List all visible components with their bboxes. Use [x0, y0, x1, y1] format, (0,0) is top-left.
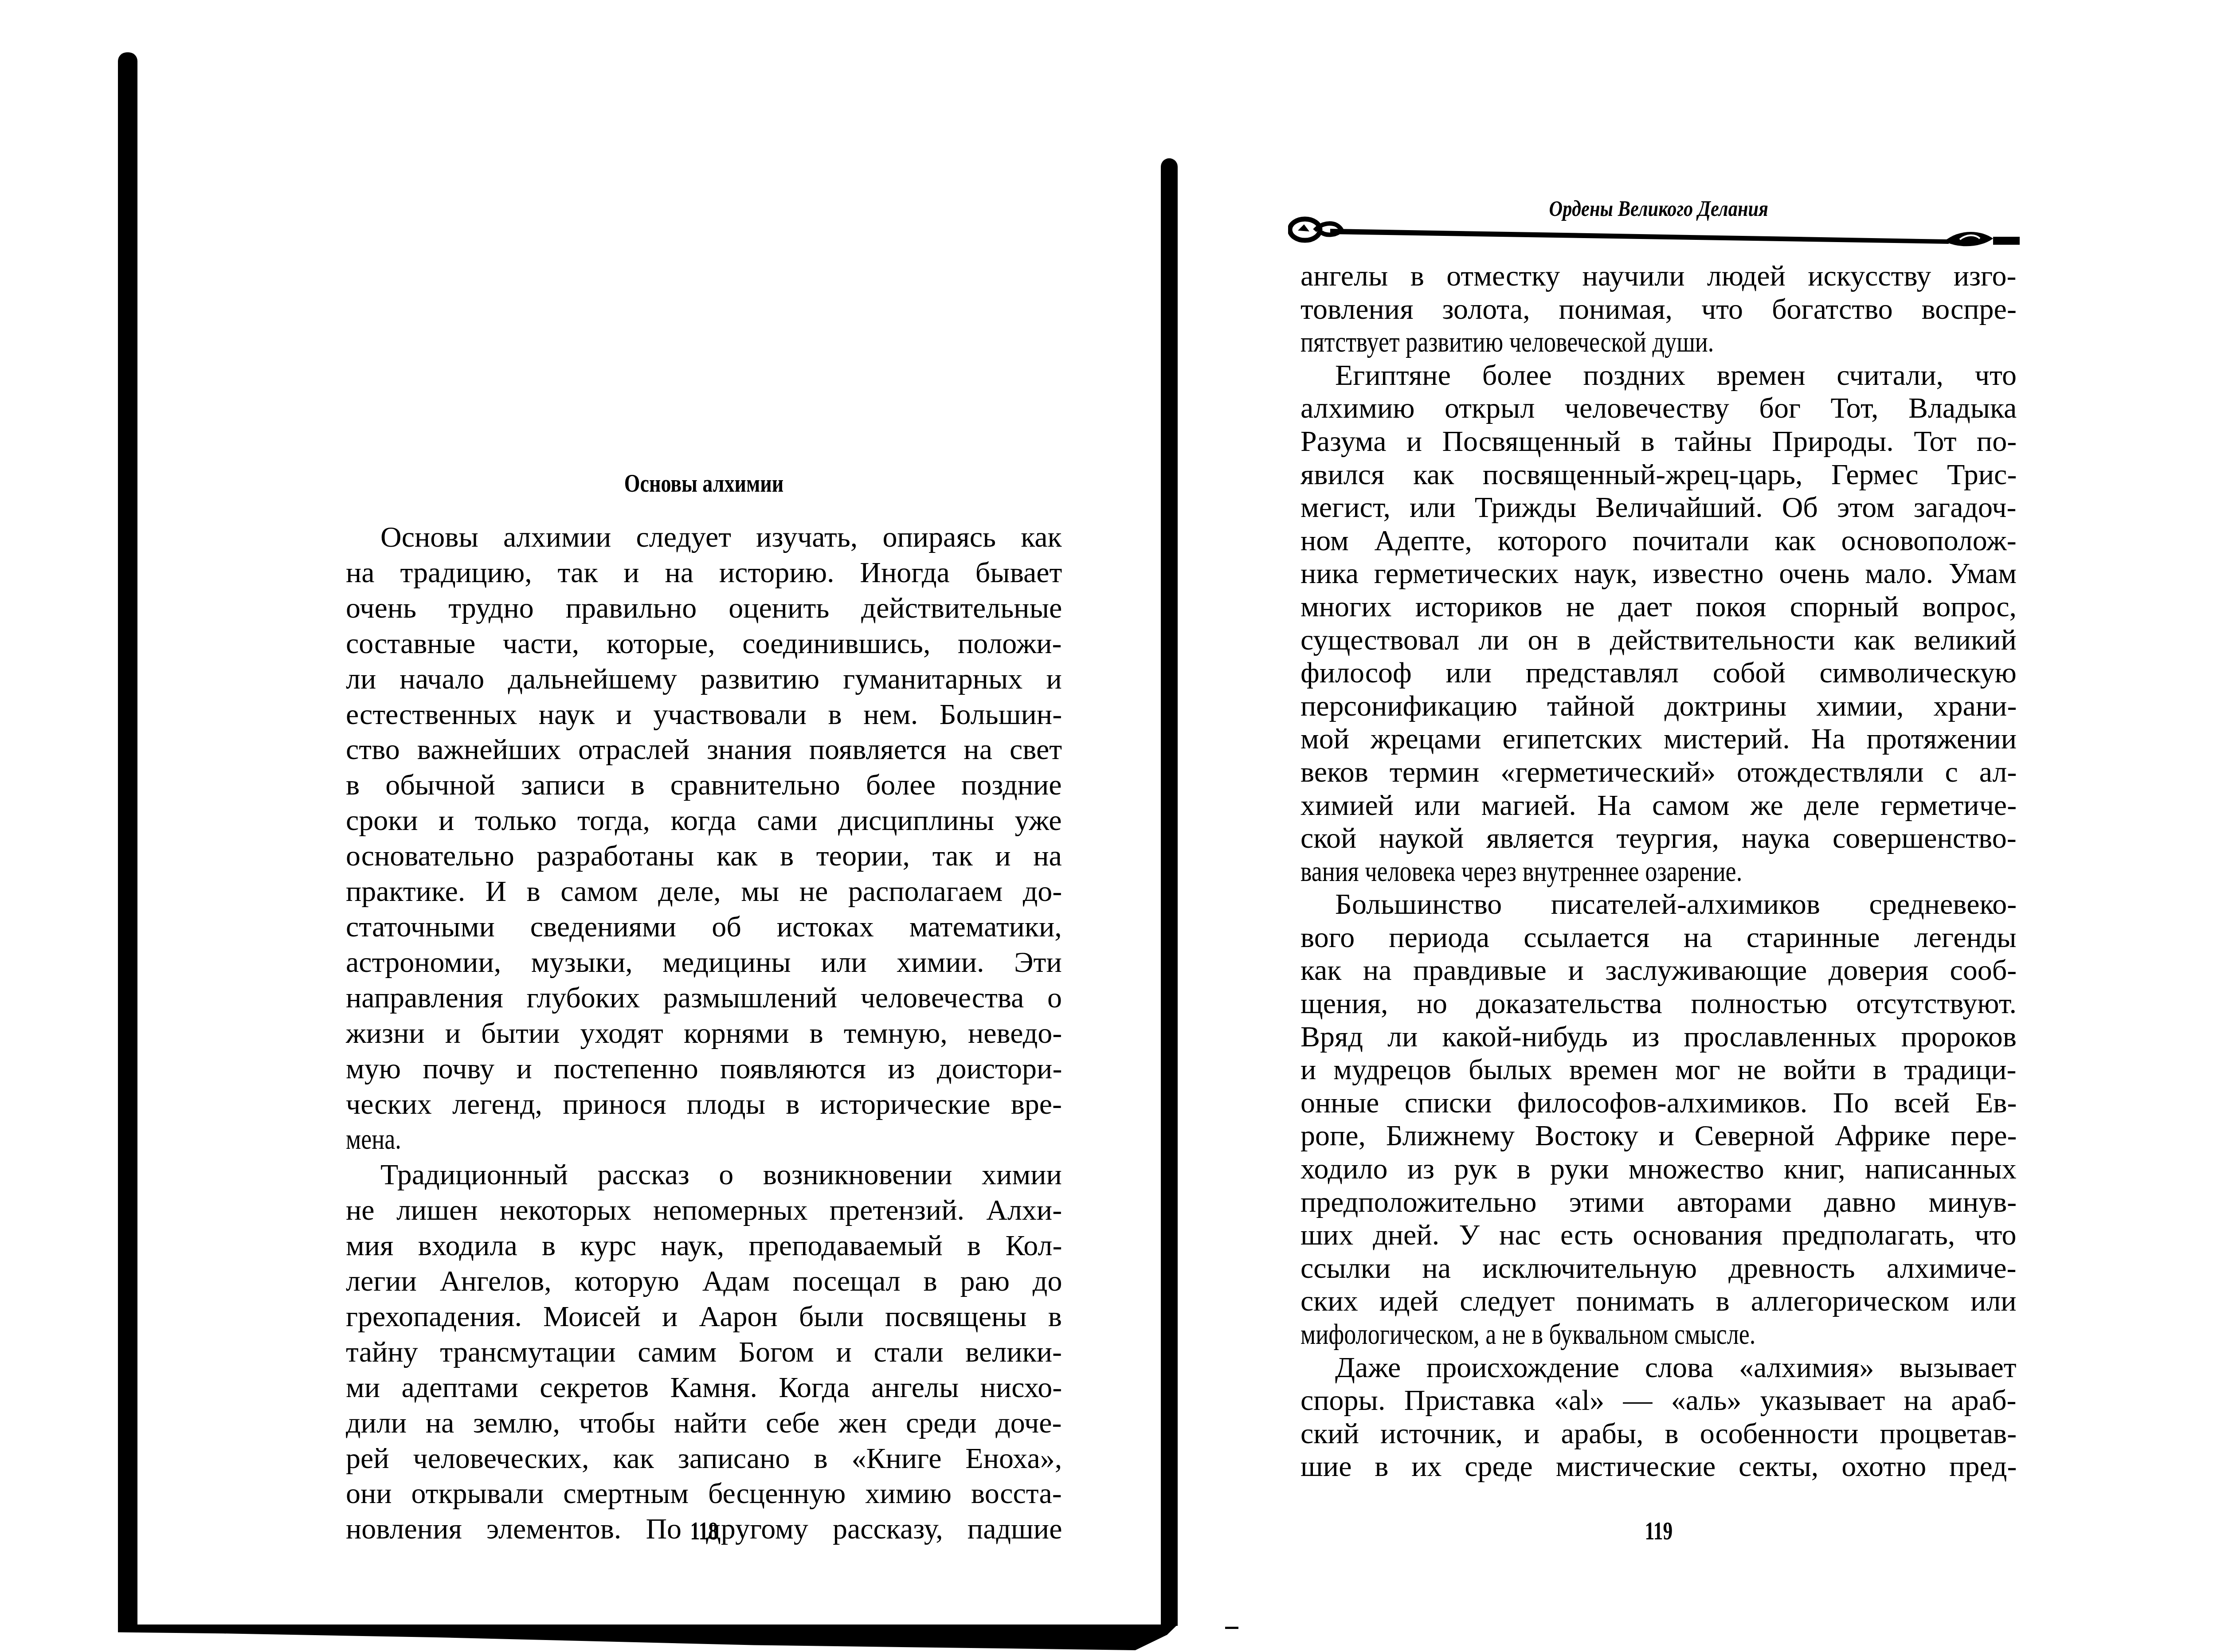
text-line: основательно разработаны как в теории, т…: [346, 838, 1062, 874]
text-line-content: Даже происхождение слова «алхимия» вызыв…: [1335, 1351, 2017, 1385]
text-line-content: ника герметических наук, известно очень …: [1300, 557, 2017, 591]
text-line-content: онные списки философов-алхимиков. По все…: [1300, 1087, 2017, 1120]
text-line: ангелы в отместку научили людей искусств…: [1300, 260, 2017, 293]
text-line-content: ших дней. У нас есть основания предполаг…: [1300, 1219, 2017, 1252]
text-line: споры. Приставка «al» — «аль» указывает …: [1300, 1384, 2017, 1417]
text-line-content: как на правдивые и заслуживающие доверия…: [1300, 954, 2017, 987]
text-line: жизни и бытии уходят корнями в темную, н…: [346, 1016, 1062, 1051]
text-line: легии Ангелов, которую Адам посещал в ра…: [346, 1264, 1062, 1299]
text-line: Традиционный рассказ о возникновении хим…: [346, 1157, 1062, 1193]
text-line-content: статочными сведениями об истоках математ…: [346, 909, 1062, 945]
text-line: явился как посвященный-жрец-царь, Гермес…: [1300, 458, 2017, 492]
text-line: и мудрецов былых времен мог не войти в т…: [1300, 1053, 2017, 1087]
text-line: в обычной записи в сравнительно более по…: [346, 767, 1062, 803]
text-line: ский источник, и арабы, в особенности пр…: [1300, 1417, 2017, 1451]
text-line: они открывали смертным бесценную химию в…: [346, 1476, 1062, 1511]
text-line: ходило из рук в руки множество книг, нап…: [1300, 1153, 2017, 1186]
text-line: мифологическом, а не в буквальном смысле…: [1300, 1318, 2017, 1351]
text-line-content: алхимию открыл человечеству бог Тот, Вла…: [1300, 392, 2017, 425]
text-line-content: ссылки на исключительную древность алхим…: [1300, 1252, 2017, 1285]
text-line-content: очень трудно правильно оценить действите…: [346, 591, 1062, 626]
text-line-content: мегист, или Трижды Величайший. Об этом з…: [1300, 491, 2017, 525]
text-line: Основы алхимии следует изучать, опираясь…: [346, 520, 1062, 555]
text-line: направления глубоких размышлений человеч…: [346, 980, 1062, 1016]
text-line-content: персонификацию тайной доктрины химии, хр…: [1300, 690, 2017, 723]
text-line: щения, но доказательства полностью отсут…: [1300, 987, 2017, 1021]
text-line: мена.: [346, 1122, 1062, 1157]
text-line: Египтяне более поздних времен считали, ч…: [1300, 359, 2017, 392]
text-line: химией или магией. На самом же деле герм…: [1300, 789, 2017, 822]
text-line-content: предположительно этими авторами давно ми…: [1300, 1186, 2017, 1219]
text-line: ли начало дальнейшему развитию гуманитар…: [346, 662, 1062, 697]
text-line-content: мена.: [346, 1122, 401, 1157]
text-line: шие в их среде мистические секты, охотно…: [1300, 1450, 2017, 1484]
text-line: мегист, или Трижды Величайший. Об этом з…: [1300, 491, 2017, 525]
text-line: практике. И в самом деле, мы не располаг…: [346, 874, 1062, 909]
text-line: алхимию открыл человечеству бог Тот, Вла…: [1300, 392, 2017, 425]
page-edge-left: [118, 52, 137, 1631]
text-line-content: ропе, Ближнему Востоку и Северной Африке…: [1300, 1120, 2017, 1153]
text-line-content: ном Адепте, которого почитали как осново…: [1300, 525, 2017, 558]
text-line-content: Большинство писателей-алхимиков средневе…: [1335, 888, 2017, 921]
text-line-content: многих историков не дает покоя спорный в…: [1300, 591, 2017, 624]
chapter-title: Основы алхимии: [410, 468, 997, 499]
text-line: дили на землю, чтобы найти себе жен сред…: [346, 1405, 1062, 1441]
text-line-content: веков термин «герметический» отождествля…: [1300, 756, 2017, 789]
text-line-content: философ или представлял собой символичес…: [1300, 657, 2017, 690]
text-line: ми адептами секретов Камня. Когда ангелы…: [346, 1370, 1062, 1405]
text-line-content: сроки и только тогда, когда сами дисципл…: [346, 803, 1062, 838]
text-line-content: споры. Приставка «al» — «аль» указывает …: [1300, 1384, 2017, 1417]
right-page-body: ангелы в отместку научили людей искусств…: [1300, 260, 2017, 1484]
text-line-content: мифологическом, а не в буквальном смысле…: [1300, 1318, 1755, 1351]
text-line-content: в обычной записи в сравнительно более по…: [346, 767, 1062, 803]
text-line: Разума и Посвященный в тайны Природы. То…: [1300, 425, 2017, 458]
text-line-content: Основы алхимии следует изучать, опираясь…: [380, 520, 1062, 555]
text-line: мую почву и постепенно появляются из дои…: [346, 1051, 1062, 1087]
text-line: существовал ли он в действительности как…: [1300, 624, 2017, 657]
text-line: мой жрецами египетских мистерий. На прот…: [1300, 723, 2017, 756]
text-line-content: на традицию, так и на историю. Иногда бы…: [346, 555, 1062, 591]
text-line: естественных наук и участвовали в нем. Б…: [346, 697, 1062, 732]
text-line-content: они открывали смертным бесценную химию в…: [346, 1476, 1062, 1511]
text-line: сроки и только тогда, когда сами дисципл…: [346, 803, 1062, 838]
text-line: тайну трансмутации самим Богом и стали в…: [346, 1335, 1062, 1370]
text-line-content: направления глубоких размышлений человеч…: [346, 980, 1062, 1016]
text-line: вого периода ссылается на старинные леге…: [1300, 921, 2017, 955]
text-line-content: ангелы в отместку научили людей искусств…: [1300, 260, 2017, 293]
text-line: ских идей следует понимать в аллегоричес…: [1300, 1285, 2017, 1318]
text-line-content: практике. И в самом деле, мы не располаг…: [346, 874, 1062, 909]
text-line-content: не лишен некоторых непомерных претензий.…: [346, 1193, 1062, 1228]
text-line: философ или представлял собой символичес…: [1300, 657, 2017, 690]
page-number-right: 119: [1300, 1515, 2017, 1546]
text-line-content: естественных наук и участвовали в нем. Б…: [346, 697, 1062, 732]
text-line-content: Традиционный рассказ о возникновении хим…: [380, 1157, 1062, 1193]
text-line-content: составные части, которые, соединившись, …: [346, 626, 1062, 662]
text-line-content: ходило из рук в руки множество книг, нап…: [1300, 1153, 2017, 1186]
text-line-content: химией или магией. На самом же деле герм…: [1300, 789, 2017, 822]
text-line-content: основательно разработаны как в теории, т…: [346, 838, 1062, 874]
text-line-content: явился как посвященный-жрец-царь, Гермес…: [1300, 458, 2017, 492]
text-line: ропе, Ближнему Востоку и Северной Африке…: [1300, 1120, 2017, 1153]
text-line-content: Разума и Посвященный в тайны Природы. То…: [1300, 425, 2017, 458]
text-line-content: вания человека через внутреннее озарение…: [1300, 855, 1742, 889]
text-line-content: щения, но доказательства полностью отсут…: [1300, 987, 2017, 1021]
text-line: пятствует развитию человеческой души.: [1300, 326, 2017, 359]
text-line: Вряд ли какой-нибудь из прославленных пр…: [1300, 1021, 2017, 1054]
text-line: грехопадения. Моисей и Аарон были посвящ…: [346, 1299, 1062, 1335]
page-number-left-text: 118: [690, 1515, 718, 1546]
text-line: ника герметических наук, известно очень …: [1300, 557, 2017, 591]
text-line-content: пятствует развитию человеческой души.: [1300, 326, 1714, 359]
text-line: веков термин «герметический» отождествля…: [1300, 756, 2017, 789]
text-line-content: товления золота, понимая, что богатство …: [1300, 293, 2017, 326]
text-line-content: Вряд ли какой-нибудь из прославленных пр…: [1300, 1021, 2017, 1054]
text-line-content: ческих легенд, принося плоды в историчес…: [346, 1087, 1062, 1122]
book-gutter: [1161, 158, 1178, 1626]
left-page: Основы алхимии Основы алхимии следует из…: [346, 0, 1062, 1652]
text-line-content: мую почву и постепенно появляются из дои…: [346, 1051, 1062, 1087]
ornamental-rule-icon: [1288, 216, 2024, 247]
page-number-right-text: 119: [1645, 1515, 1673, 1546]
text-line-content: ми адептами секретов Камня. Когда ангелы…: [346, 1370, 1062, 1405]
page-number-left: 118: [346, 1515, 1062, 1546]
text-line: очень трудно правильно оценить действите…: [346, 591, 1062, 626]
text-line-content: грехопадения. Моисей и Аарон были посвящ…: [346, 1299, 1062, 1335]
text-line: рей человеческих, как записано в «Книге …: [346, 1441, 1062, 1476]
scan-artifact: [1225, 1627, 1238, 1629]
text-line: мия входила в курс наук, преподаваемый в…: [346, 1228, 1062, 1264]
text-line-content: ских идей следует понимать в аллегоричес…: [1300, 1285, 2017, 1318]
text-line-content: ли начало дальнейшему развитию гуманитар…: [346, 662, 1062, 697]
text-line-content: ский источник, и арабы, в особенности пр…: [1300, 1417, 2017, 1451]
text-line: как на правдивые и заслуживающие доверия…: [1300, 954, 2017, 987]
text-line: персонификацию тайной доктрины химии, хр…: [1300, 690, 2017, 723]
book-spread: Основы алхимии Основы алхимии следует из…: [0, 0, 2217, 1652]
text-line: статочными сведениями об истоках математ…: [346, 909, 1062, 945]
text-line: ном Адепте, которого почитали как осново…: [1300, 525, 2017, 558]
left-page-body: Основы алхимии следует изучать, опираясь…: [346, 520, 1062, 1547]
right-page: Ордены Великого Делания ангелы в отместк…: [1300, 0, 2017, 1652]
text-line: Большинство писателей-алхимиков средневе…: [1300, 888, 2017, 921]
text-line: на традицию, так и на историю. Иногда бы…: [346, 555, 1062, 591]
text-line-content: ской наукой является теургия, наука сове…: [1300, 822, 2017, 855]
text-line-content: мия входила в курс наук, преподаваемый в…: [346, 1228, 1062, 1264]
text-line: многих историков не дает покоя спорный в…: [1300, 591, 2017, 624]
text-line: ссылки на исключительную древность алхим…: [1300, 1252, 2017, 1285]
text-line: товления золота, понимая, что богатство …: [1300, 293, 2017, 326]
text-line: Даже происхождение слова «алхимия» вызыв…: [1300, 1351, 2017, 1385]
text-line-content: вого периода ссылается на старинные леге…: [1300, 921, 2017, 955]
text-line-content: рей человеческих, как записано в «Книге …: [346, 1441, 1062, 1476]
text-line: составные части, которые, соединившись, …: [346, 626, 1062, 662]
text-line: ской наукой является теургия, наука сове…: [1300, 822, 2017, 855]
text-line: вания человека через внутреннее озарение…: [1300, 855, 2017, 889]
text-line: онные списки философов-алхимиков. По все…: [1300, 1087, 2017, 1120]
text-line: ство важнейших отраслей знания появляетс…: [346, 732, 1062, 767]
text-line-content: Египтяне более поздних времен считали, ч…: [1335, 359, 2017, 392]
text-line-content: жизни и бытии уходят корнями в темную, н…: [346, 1016, 1062, 1051]
text-line: ших дней. У нас есть основания предполаг…: [1300, 1219, 2017, 1252]
text-line-content: существовал ли он в действительности как…: [1300, 624, 2017, 657]
text-line: астрономии, музыки, медицины или химии. …: [346, 945, 1062, 980]
text-line-content: мой жрецами египетских мистерий. На прот…: [1300, 723, 2017, 756]
text-line-content: шие в их среде мистические секты, охотно…: [1300, 1450, 2017, 1484]
text-line-content: ство важнейших отраслей знания появляетс…: [346, 732, 1062, 767]
text-line-content: легии Ангелов, которую Адам посещал в ра…: [346, 1264, 1062, 1299]
text-line-content: дили на землю, чтобы найти себе жен сред…: [346, 1405, 1062, 1441]
text-line: предположительно этими авторами давно ми…: [1300, 1186, 2017, 1219]
text-line: не лишен некоторых непомерных претензий.…: [346, 1193, 1062, 1228]
text-line-content: астрономии, музыки, медицины или химии. …: [346, 945, 1062, 980]
text-line-content: тайну трансмутации самим Богом и стали в…: [346, 1335, 1062, 1370]
text-line-content: и мудрецов былых времен мог не войти в т…: [1300, 1053, 2017, 1087]
text-line: ческих легенд, принося плоды в историчес…: [346, 1087, 1062, 1122]
